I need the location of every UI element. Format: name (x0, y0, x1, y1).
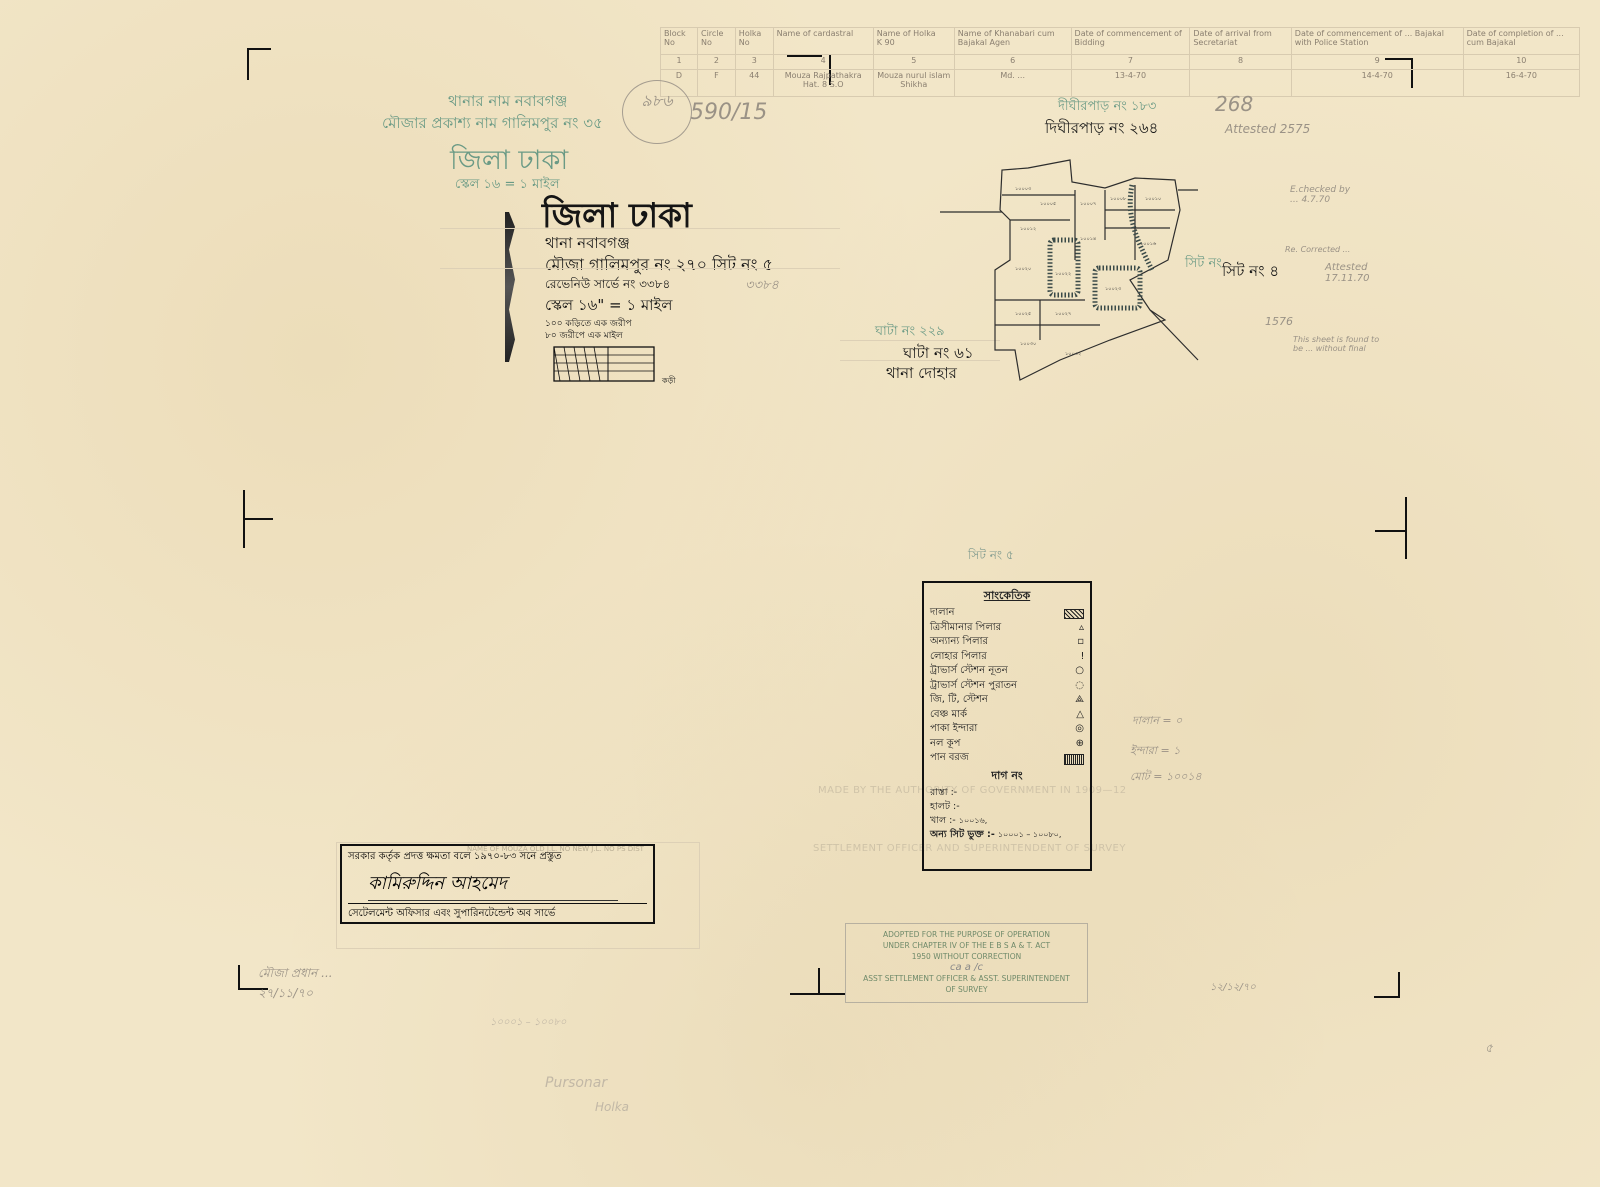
register-cell: 16-4-70 (1463, 70, 1579, 97)
register-header: Date of commencement of ... Bajakal with… (1291, 28, 1463, 55)
register-cell: 10 (1463, 54, 1579, 69)
register-header: Date of commencement of Bidding (1071, 28, 1190, 55)
svg-text:১০০০৫: ১০০০৫ (1040, 201, 1056, 207)
stamp-line: ADOPTED FOR THE PURPOSE OF OPERATION (846, 929, 1087, 940)
pencil-circled-number: ৯৮৬ (622, 80, 692, 144)
pencil-tally-2: ইন্দারা = ১ (1130, 742, 1180, 761)
svg-text:১০০২০: ১০০২০ (1015, 266, 1031, 272)
svg-text:১০০২৭: ১০০২৭ (1055, 311, 1071, 317)
register-cell: 2 (697, 54, 735, 69)
dashed-circle-icon: ◌ (1075, 679, 1084, 694)
register-table: Block No Circle No Holka No Name of card… (660, 27, 1580, 97)
register-header: Date of completion of ... cum Bajakal (1463, 28, 1579, 55)
scale-bar (548, 345, 658, 385)
svg-text:১০০২৩: ১০০২৩ (1105, 286, 1122, 292)
register-header: Holka No (735, 28, 773, 55)
svg-text:১০০০৭: ১০০০৭ (1080, 201, 1096, 207)
crop-mark-bl-v (238, 965, 240, 990)
north-pencil-number: 268 (1215, 92, 1253, 116)
signature-line-1: সরকার কর্তৃক প্রদত্ত ক্ষমতা বলে ১৯৭০-৮৩ … (348, 849, 647, 866)
crop-mark-tl (247, 48, 271, 50)
adoption-stamp: ADOPTED FOR THE PURPOSE OF OPERATION UND… (845, 923, 1088, 1003)
revenue-survey-line: রেভেনিউ সার্ভে নং ৩৩৮৪ (545, 276, 670, 296)
pencil-note-attested-2: Attested 17.11.70 (1325, 262, 1395, 284)
pencil-note-number: 1576 (1265, 315, 1293, 328)
svg-text:১০০৩২: ১০০৩২ (1065, 351, 1081, 357)
green-mouza-line: মৌজার প্রকাশ্য নাম গালিমপুর নং ৩৫ (382, 112, 603, 137)
register-cell: 5 (873, 54, 954, 69)
register-header: Circle No (697, 28, 735, 55)
plot-row: হালট :- (930, 800, 1084, 814)
plot-section: রাস্তা :- হালট :- খাল :- ১০০১৬, অন্য সিট… (930, 786, 1084, 842)
register-cell: F (697, 70, 735, 97)
north-green-label: দীঘীরপাড় নং ১৮৩ (1058, 97, 1156, 118)
pencil-bottom-right: ১২/১২/৭০ (1210, 980, 1256, 997)
bench-mark-icon: △ (1076, 708, 1084, 723)
register-index-row: 1 2 3 4 5 6 7 8 9 10 (661, 54, 1580, 69)
crop-mark-mr-v (1405, 497, 1407, 559)
crossed-circle-icon: ⊕ (1076, 737, 1084, 752)
scale-bar-label: কড়ী (662, 375, 676, 388)
plot-row: খাল :- ১০০১৬, (930, 814, 1084, 828)
circle-icon: ○ (1075, 664, 1084, 679)
plot-row: অন্য সিট ভুক্ত :- ১০০০১ – ১০০৮০, (930, 828, 1084, 842)
plot-row: রাস্তা :- (930, 786, 1084, 800)
pencil-bottom-mid-2: Pursonar (545, 1075, 607, 1091)
south-green-label: ঘাটা নং ২২৯ (875, 322, 945, 343)
signature: কামিরুদ্দিন আহমেদ (368, 869, 618, 901)
legend-item: পান বরজ (930, 751, 1084, 766)
page-number: ৫ (1485, 1040, 1493, 1060)
iron-pillar-icon: ǃ (1081, 650, 1084, 665)
svg-text:১০০১৪: ১০০১৪ (1080, 236, 1096, 242)
crop-mark-tl-v (247, 48, 249, 80)
pencil-note-found: This sheet is found to be ... without fi… (1293, 335, 1383, 353)
svg-text:১০০২২: ১০০২২ (1055, 271, 1071, 277)
stamp-line: 1950 WITHOUT CORRECTION (846, 951, 1087, 962)
stamp-initials: ca a /c (846, 962, 1087, 973)
hatched-box-icon (1064, 609, 1084, 619)
svg-text:১০০১২: ১০০১২ (1020, 226, 1036, 232)
register-header: Name of Khanabari cum Bajakal Agen (954, 28, 1071, 55)
register-header-row: Block No Circle No Holka No Name of card… (661, 28, 1580, 55)
pencil-bottom-mid-3: Holka (595, 1100, 629, 1114)
svg-text:১০০২৫: ১০০২৫ (1015, 311, 1031, 317)
crop-mark-br-v (1398, 972, 1400, 998)
square-icon: ▫ (1077, 635, 1084, 650)
register-cell: 13-4-70 (1071, 70, 1190, 97)
register-cell: Mouza nurul islam Shikha (873, 70, 954, 97)
legend-box: সাংকেতিক দালান ত্রিসীমানার পিলার▵ অন্যান… (922, 581, 1092, 871)
register-cell: 6 (954, 54, 1071, 69)
pencil-bottom-mid-1: ১০০০১ – ১০০৮০ (490, 1015, 566, 1032)
pencil-note-corrected: Re. Corrected ... (1285, 245, 1385, 254)
register-header: Date of arrival from Secretariat (1190, 28, 1291, 55)
legend-item: দালান (930, 606, 1084, 621)
signature-line-3: সেটেলমেন্ট অফিসার এবং সুপারিনটেন্ডেন্ট অ… (348, 903, 647, 923)
register-cell: 7 (1071, 54, 1190, 69)
pencil-number-scrawl: 590/15 (690, 100, 767, 125)
double-circle-icon: ◎ (1075, 722, 1084, 737)
north-adjacent-label: দিঘীরপাড় নং ২৬৪ (1045, 117, 1158, 142)
svg-text:১০০৩০: ১০০৩০ (1020, 341, 1036, 347)
svg-text:১০০০৩: ১০০০৩ (1015, 186, 1032, 192)
stamp-line: OF SURVEY (846, 984, 1087, 995)
register-data-row: D F 44 Mouza Rajpathakra Hat. 8 S.O Mouz… (661, 70, 1580, 97)
legend-item: পাকা ইন্দারা◎ (930, 722, 1084, 737)
legend-item: লোহার পিলারǃ (930, 650, 1084, 665)
legend-item: ট্রাভার্স স্টেশন নূতন○ (930, 664, 1084, 679)
pattern-box-icon (1064, 754, 1084, 765)
register-cell: 9 (1291, 54, 1463, 69)
register-header: Block No (661, 28, 698, 55)
legend-item: ট্রাভার্স স্টেশন পুরাতন◌ (930, 679, 1084, 694)
legend-item: জি, টি, স্টেশন⟁ (930, 693, 1084, 708)
pencil-tally-3: মোট = ১০০১৪ (1130, 768, 1202, 787)
cadastral-map: ১০০০৩১০০০৫১০০০৭ ১০০০৮১০০১০১০০১২ ১০০১৪১০০… (940, 150, 1200, 400)
crop-mark-br-h (1374, 996, 1400, 998)
ruled-line (440, 268, 840, 269)
pencil-note-checked: E.checked by ... 4.7.70 (1290, 185, 1360, 205)
triangle-icon: ▵ (1079, 621, 1084, 636)
pencil-revenue-annotation: ৩৩৮৪ (745, 276, 779, 297)
register-cell: 44 (735, 70, 773, 97)
legend-title: সাংকেতিক (930, 587, 1084, 606)
legend-item: ত্রিসীমানার পিলার▵ (930, 621, 1084, 636)
legend-item: অন্যান্য পিলার▫ (930, 635, 1084, 650)
pencil-bottom-left: মৌজা প্রধান ... ২৭/১১/৭০ (258, 965, 348, 1005)
pencil-tally-1: দালান = ০ (1132, 712, 1182, 731)
svg-text:১০০১৬: ১০০১৬ (1140, 241, 1157, 247)
register-cell: 14-4-70 (1291, 70, 1463, 97)
crop-mark-bc-v (818, 968, 820, 995)
crop-mark-ml-h (243, 518, 273, 520)
title-ornament (505, 212, 515, 362)
plot-section-title: দাগ নং (930, 767, 1084, 786)
register-header: Name of cardastral (773, 28, 873, 55)
register-cell: 1 (661, 54, 698, 69)
register-cell: Md. ... (954, 70, 1071, 97)
stamp-line: UNDER CHAPTER IV OF THE E B S A & T. ACT (846, 940, 1087, 951)
crop-mark-mr-h (1375, 530, 1405, 532)
east-adjacent-label: সিট নং ৪ (1222, 260, 1279, 285)
svg-text:১০০১০: ১০০১০ (1145, 196, 1161, 202)
signature-box: সরকার কর্তৃক প্রদত্ত ক্ষমতা বলে ১৯৭০-৮৩ … (340, 844, 655, 924)
legend-item: বেঞ্চ মার্ক△ (930, 708, 1084, 723)
register-header: Name of HolkaK 90 (873, 28, 954, 55)
sheet-label: সিট নং ৫ (968, 547, 1014, 567)
stamp-line: ASST SETTLEMENT OFFICER & ASST. SUPERINT… (846, 973, 1087, 984)
gt-station-icon: ⟁ (1075, 693, 1084, 708)
mouza-line: মৌজা গালিমপুর নং ২৭০ সিট নং ৫ (545, 252, 773, 279)
register-cell: 3 (735, 54, 773, 69)
pencil-note-attested: Attested 2575 (1225, 122, 1320, 136)
register-cell: Mouza Rajpathakra Hat. 8 S.O (773, 70, 873, 97)
ruled-line (440, 228, 840, 229)
register-cell: 8 (1190, 54, 1291, 69)
chain-note-2: ৮০ জরীপে এক মাইল (545, 328, 623, 343)
map-sheet: Block No Circle No Holka No Name of card… (0, 0, 1600, 1187)
svg-text:১০০০৮: ১০০০৮ (1110, 196, 1127, 202)
register-cell: 4 (773, 54, 873, 69)
legend-item: নল কূপ⊕ (930, 737, 1084, 752)
